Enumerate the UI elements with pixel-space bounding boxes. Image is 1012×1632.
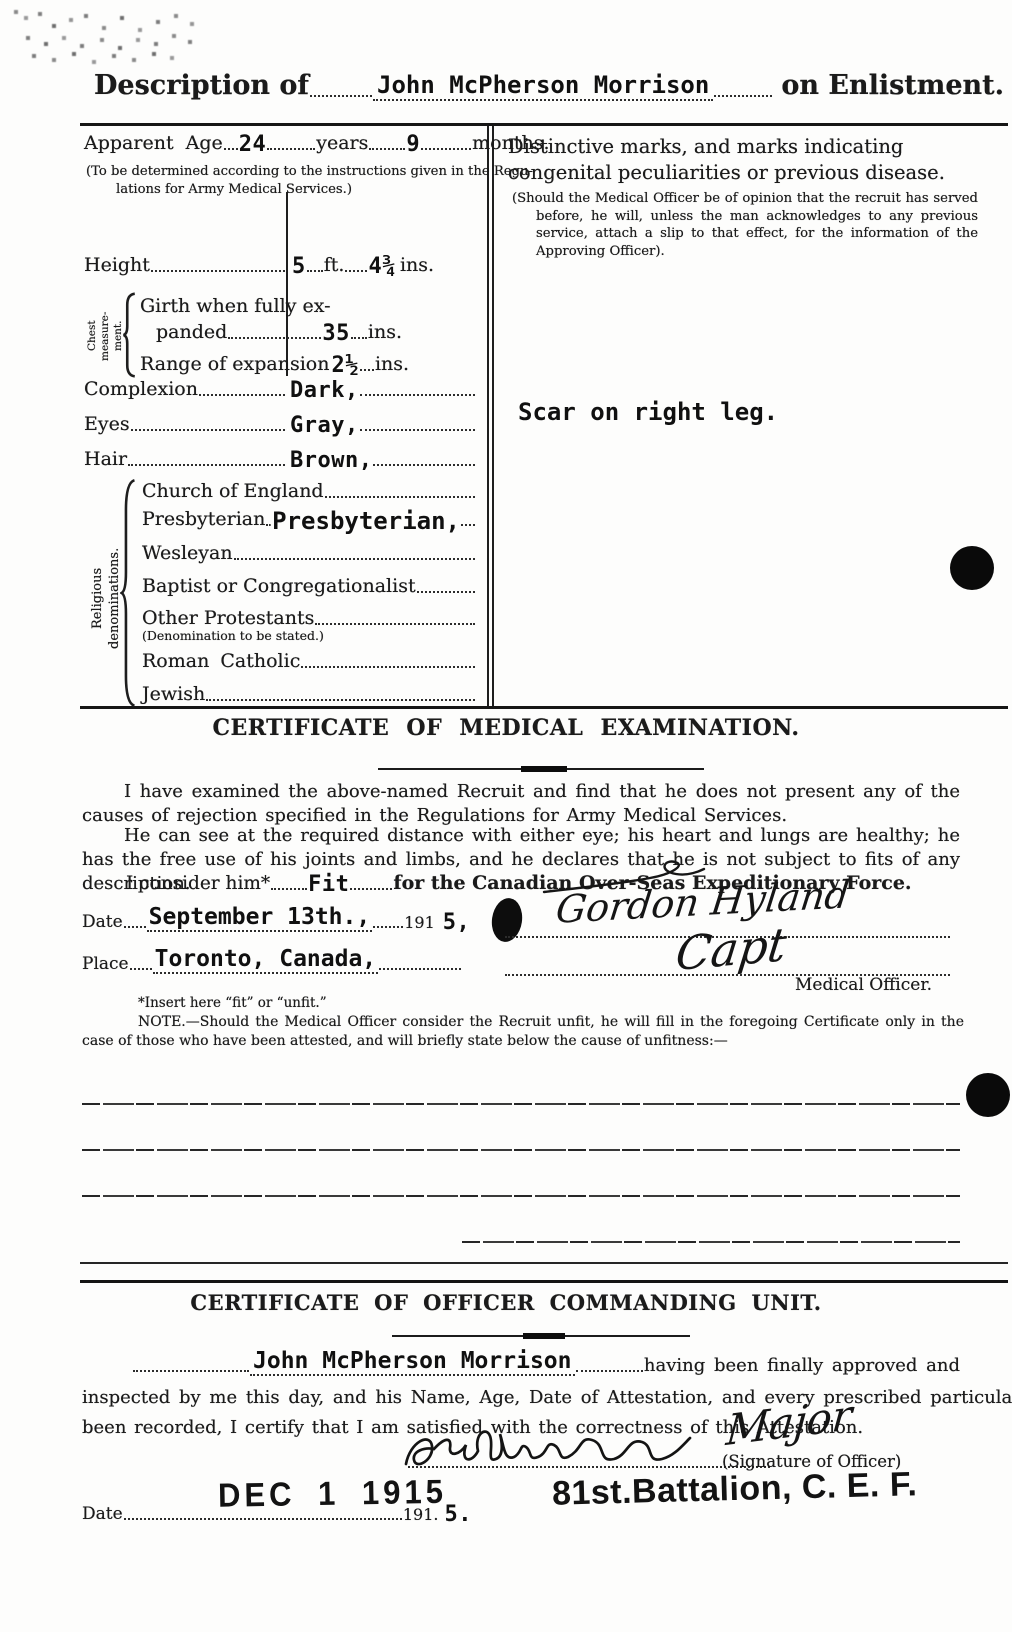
dotted-leader: [576, 1367, 643, 1372]
bottom-year-printed: 191.: [403, 1506, 439, 1524]
distinctive-marks-entry: Scar on right leg.: [518, 398, 778, 426]
dotted-leader: [310, 92, 372, 97]
section-divider-rule: [392, 1335, 690, 1337]
blank-line: [462, 1241, 960, 1243]
dotted-leader: [325, 493, 475, 498]
dotted-leader: [373, 923, 403, 928]
apparent-age-label: Apparent Age: [84, 133, 223, 154]
dotted-leader: [373, 461, 475, 466]
chest-label-word: Chest: [86, 294, 98, 378]
dotted-leader: [130, 965, 152, 970]
complexion-row: Complexion Dark,: [84, 378, 476, 400]
dotted-leader: [369, 145, 405, 150]
date-year-value: 5,: [443, 912, 471, 934]
officer-name-value: John McPherson Morrison: [250, 1350, 575, 1376]
medical-date-row: Date September 13th., 191 5,: [82, 906, 480, 932]
dotted-leader: [315, 620, 475, 625]
dotted-leader: [350, 885, 392, 890]
officer-name-row: John McPherson Morrison having been fina…: [132, 1350, 960, 1376]
recruit-name-value: John McPherson Morrison: [373, 73, 713, 101]
dotted-leader: [360, 391, 475, 396]
column-divider-line: [487, 126, 489, 706]
religion-row-label: Presbyterian: [142, 509, 265, 530]
dotted-leader: [301, 663, 475, 668]
medical-date-value: September 13th.,: [147, 906, 373, 932]
girth-label-line2: panded: [156, 322, 227, 343]
dotted-leader: [360, 366, 374, 371]
eyes-row: Eyes Gray,: [84, 413, 476, 435]
dotted-leader: [461, 521, 475, 526]
religion-label-word: Religious: [90, 500, 105, 696]
height-inches-value: 4¾: [368, 256, 396, 278]
girth-unit: ins.: [368, 322, 402, 343]
age-note-line2: lations for Army Medical Services.): [116, 181, 352, 199]
illegible-stamp-marks: [14, 10, 18, 14]
age-years-value: 24: [239, 134, 267, 156]
religion-row: Presbyterian Presbyterian,: [142, 506, 476, 530]
medical-officer-rank-signature: Capt: [673, 917, 790, 981]
dotted-leader: [360, 426, 475, 431]
dotted-leader: [351, 334, 367, 339]
inches-unit-label: ins.: [400, 255, 434, 276]
dotted-leader: [206, 696, 475, 701]
feet-unit-label: ft.: [324, 255, 345, 276]
unfit-note: NOTE.—Should the Medical Officer conside…: [82, 1013, 964, 1051]
religion-row-label: Church of England: [142, 481, 324, 502]
religion-row: Wesleyan: [142, 543, 476, 564]
medical-place-row: Place Toronto, Canada,: [82, 948, 462, 974]
chest-label-word: measure-: [99, 294, 111, 378]
fit-unfit-footnote: *Insert here “fit” or “unfit.”: [138, 994, 327, 1012]
distinctive-marks-heading: Distinctive marks, and marks indicating …: [508, 134, 986, 187]
religion-row-label: Wesleyan: [142, 543, 233, 564]
title-suffix: on Enlistment.: [781, 70, 1004, 101]
religion-row-label: Roman Catholic: [142, 651, 300, 672]
religion-group-label: Religious denominations.: [90, 500, 122, 696]
section-rule: [80, 1280, 1008, 1283]
range-label: Range of expansion: [140, 354, 329, 375]
approval-suffix: having been finally approved and: [644, 1356, 960, 1376]
religion-row: Jewish: [142, 684, 476, 705]
officer-certificate-title: CERTIFICATE OF OFFICER COMMANDING UNIT.: [0, 1290, 1012, 1315]
description-box: Apparent Age 24 years 9 months. (To be d…: [80, 123, 1008, 709]
date-label: Date: [82, 913, 123, 932]
dotted-leader: [234, 555, 475, 560]
religion-row-label: Other Protestants: [142, 608, 314, 629]
dotted-leader: [345, 267, 367, 272]
medical-officer-label: Medical Officer.: [795, 976, 932, 995]
complexion-value: Dark,: [290, 380, 359, 402]
dotted-leader: [271, 885, 307, 890]
height-feet-value: 5: [292, 256, 306, 278]
dotted-leader: [124, 1515, 402, 1520]
range-unit: ins.: [375, 354, 409, 375]
bottom-year-value: 5.: [445, 1504, 473, 1526]
dotted-leader: [266, 521, 271, 526]
dotted-leader: [131, 426, 285, 431]
dotted-leader: [124, 923, 146, 928]
officer-signature-line: [408, 1466, 770, 1468]
column-divider-line: [492, 126, 494, 706]
height-label: Height: [84, 255, 150, 276]
religion-row-label: Jewish: [142, 684, 205, 705]
blank-line: [82, 1195, 960, 1197]
dotted-leader: [379, 965, 461, 970]
dotted-leader: [307, 267, 323, 272]
girth-row: panded 35 ins.: [156, 321, 402, 343]
fit-value: Fit: [308, 874, 349, 896]
section-divider-rule: [378, 768, 704, 770]
title-prefix: Description of: [94, 70, 309, 101]
date-year-printed: 191: [404, 914, 435, 932]
chest-brace: [122, 292, 137, 378]
girth-value: 35: [322, 323, 350, 345]
value-divider-line: [286, 192, 288, 376]
section-rule: [80, 1262, 1008, 1264]
dotted-leader: [128, 461, 285, 466]
hole-punch-mark: [950, 546, 994, 590]
hair-value: Brown,: [290, 450, 372, 472]
dotted-leader: [199, 391, 285, 396]
blank-line: [82, 1149, 960, 1151]
bottom-date-label: Date: [82, 1505, 123, 1524]
attestation-form-page: Description of John McPherson Morrison o…: [0, 0, 1012, 1632]
religion-row-note: (Denomination to be stated.): [142, 628, 324, 645]
hole-punch-mark: [966, 1073, 1010, 1117]
eyes-value: Gray,: [290, 415, 359, 437]
religion-row: Roman Catholic: [142, 651, 476, 672]
dotted-leader: [228, 334, 321, 339]
hair-row: Hair Brown,: [84, 448, 476, 470]
religion-row: Church of England: [142, 481, 476, 502]
complexion-label: Complexion: [84, 379, 198, 400]
range-row: Range of expansion 2½ ins.: [140, 353, 404, 375]
age-note-line1: (To be determined according to the instr…: [86, 163, 533, 181]
apparent-age-row: Apparent Age 24 years 9 months.: [84, 132, 480, 154]
hair-label: Hair: [84, 449, 127, 470]
distinctive-marks-note: (Should the Medical Officer be of opinio…: [512, 190, 978, 261]
blank-line: [82, 1103, 960, 1105]
battalion-unit-stamp: 81st.Battalion, C. E. F.: [552, 1465, 918, 1514]
religion-row-label: Baptist or Congregationalist: [142, 576, 416, 597]
dotted-leader: [421, 145, 471, 150]
place-label: Place: [82, 955, 129, 974]
range-value: 2½: [331, 355, 359, 377]
religion-brace: [120, 478, 137, 708]
dotted-leader: [133, 1367, 249, 1372]
dotted-leader: [224, 145, 238, 150]
dotted-leader: [417, 588, 475, 593]
religion-row-value: Presbyterian,: [272, 509, 460, 533]
medical-certificate-title: CERTIFICATE OF MEDICAL EXAMINATION.: [0, 715, 1012, 741]
officer-date-row: Date 191. 5.: [82, 1502, 472, 1524]
girth-label-line1: Girth when fully ex-: [140, 296, 331, 317]
dotted-leader: [714, 92, 772, 97]
height-row: Height 5 ft. 4¾ ins.: [84, 254, 476, 276]
dotted-leader: [267, 145, 315, 150]
religion-row: Baptist or Congregationalist: [142, 576, 476, 597]
dotted-leader: [151, 267, 285, 272]
years-label: years: [316, 133, 368, 154]
chest-group-label: Chest measure- ment.: [86, 294, 124, 378]
age-months-value: 9: [406, 134, 420, 156]
medical-place-value: Toronto, Canada,: [153, 948, 379, 974]
religion-row: Other Protestants: [142, 608, 476, 629]
consider-prefix: I consider him*: [126, 874, 270, 894]
page-title: Description of John McPherson Morrison o…: [94, 70, 924, 101]
eyes-label: Eyes: [84, 414, 130, 435]
medical-para-1: I have examined the above-named Recruit …: [82, 780, 960, 828]
